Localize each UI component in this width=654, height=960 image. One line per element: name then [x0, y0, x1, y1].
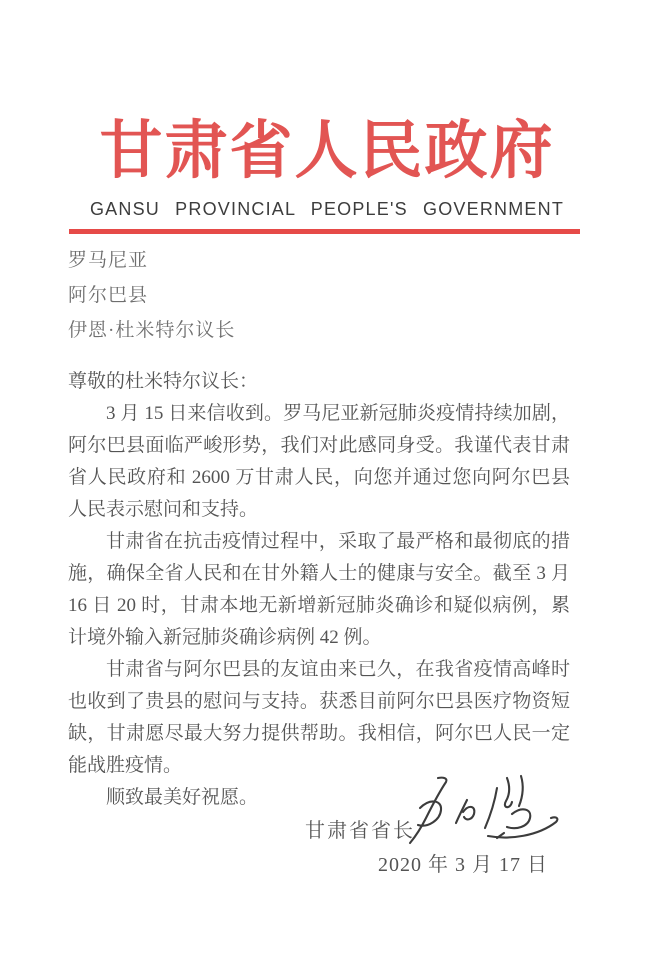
- recipient-line-county: 阿尔巴县: [68, 278, 235, 313]
- salutation: 尊敬的杜米特尔议长：: [68, 366, 570, 398]
- recipient-line-country: 罗马尼亚: [68, 243, 235, 278]
- handwritten-signature-icon: [400, 770, 565, 852]
- recipient-line-addressee: 伊恩·杜米特尔议长: [68, 313, 235, 348]
- recipient-block: 罗马尼亚 阿尔巴县 伊恩·杜米特尔议长: [68, 243, 235, 348]
- letterhead-divider: [69, 229, 580, 234]
- letter-page: 甘肃省人民政府 GANSU PROVINCIAL PEOPLE'S GOVERN…: [0, 0, 654, 960]
- signature-date: 2020 年 3 月 17 日: [378, 848, 548, 877]
- paragraph-2: 甘肃省在抗击疫情过程中，采取了最严格和最彻底的措施，确保全省人民和在甘外籍人士的…: [68, 526, 570, 654]
- paragraph-3: 甘肃省与阿尔巴县的友谊由来已久，在我省疫情高峰时也收到了贵县的慰问与支持。获悉目…: [68, 654, 570, 782]
- letterhead-title-cn: 甘肃省人民政府: [0, 112, 654, 190]
- signer-title: 甘肃省省长: [305, 814, 415, 843]
- paragraph-1: 3 月 15 日来信收到。罗马尼亚新冠肺炎疫情持续加剧，阿尔巴县面临严峻形势，我…: [68, 398, 570, 526]
- letter-body: 尊敬的杜米特尔议长： 3 月 15 日来信收到。罗马尼亚新冠肺炎疫情持续加剧，阿…: [68, 366, 570, 814]
- letterhead-title-en: GANSU PROVINCIAL PEOPLE'S GOVERNMENT: [0, 199, 654, 220]
